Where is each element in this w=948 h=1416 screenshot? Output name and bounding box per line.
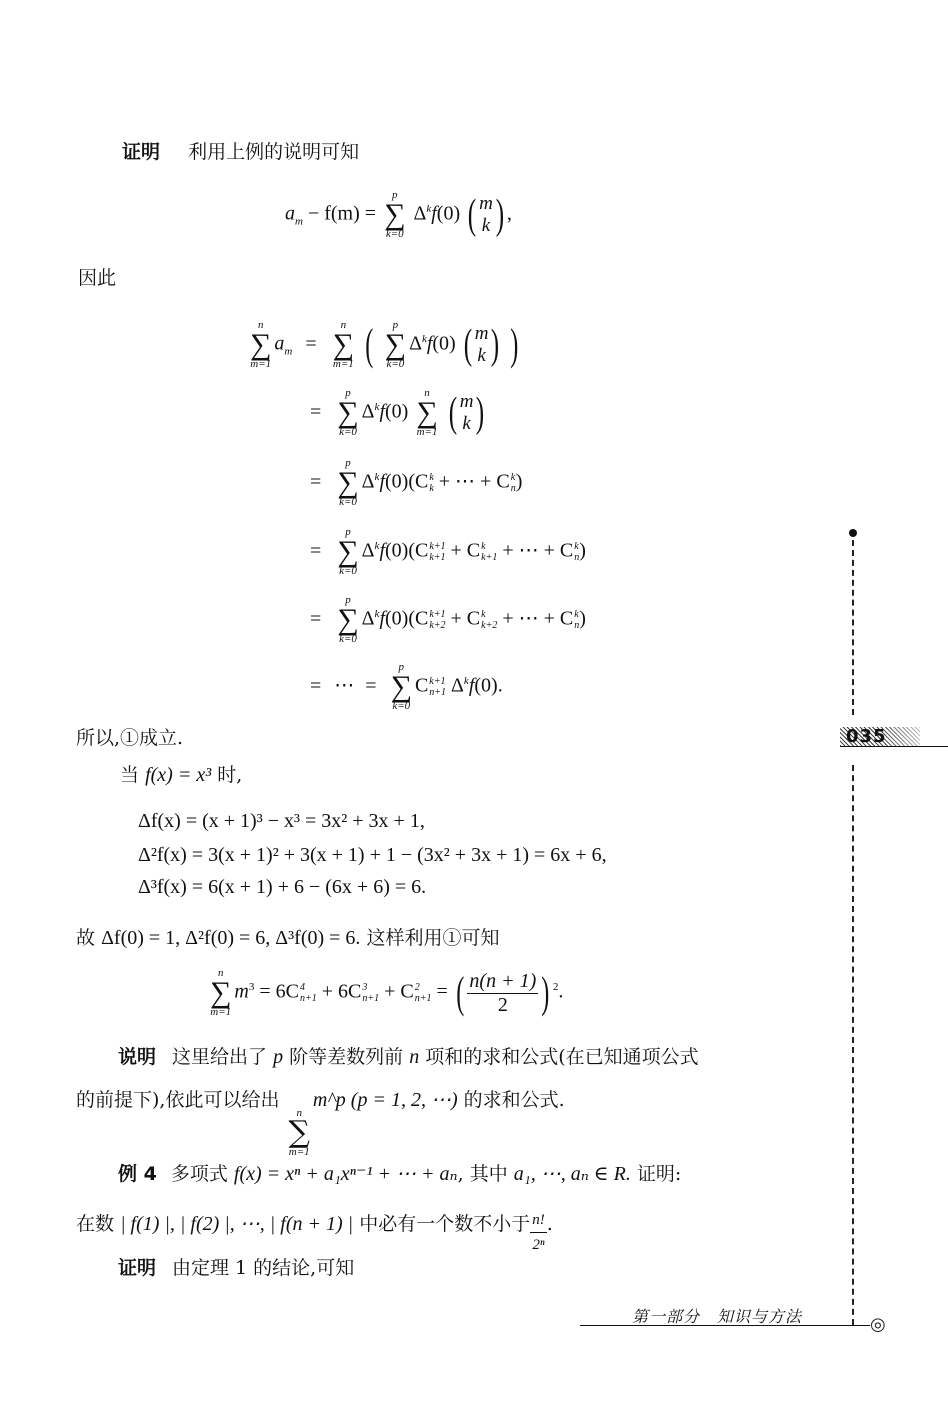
equation-am: am − f(m) = p∑k=0 Δkf(0) (mk), xyxy=(285,190,512,240)
cube-diff-3: Δ³f(x) = 6(x + 1) + 6 − (6x + 6) = 6. xyxy=(138,876,426,899)
derivation-line-1: n∑m=1am = n∑m=1 ( p∑k=0Δkf(0) (mk) ) xyxy=(247,320,522,370)
footer-ornament-icon: ◎ xyxy=(870,1314,886,1335)
example4-line-1: 例 4多项式 f(x) = xⁿ + a₁xⁿ⁻¹ + ⋯ + aₙ, 其中 a… xyxy=(118,1162,681,1186)
margin-dashed-rule-bottom xyxy=(852,765,854,1325)
derivation-line-2: = p∑k=0Δkf(0) n∑m=1 (mk) xyxy=(310,388,487,438)
binomial-coefficient: (mk) xyxy=(465,193,507,237)
cube-case-intro: 当 f(x) = x³ 时, xyxy=(120,763,242,787)
cube-diff-1: Δf(x) = (x + 1)³ − x³ = 3x² + 3x + 1, xyxy=(138,810,425,833)
proof2-line: 证明由定理 1 的结论,可知 xyxy=(118,1256,354,1280)
margin-dot-icon xyxy=(849,529,857,537)
derivation-line-5: = p∑k=0Δkf(0)(Ck+1k+2 + Ckk+2 + ⋯ + Ckn) xyxy=(310,595,586,645)
cube-diff-2: Δ²f(x) = 3(x + 1)² + 3(x + 1) + 1 − (3x²… xyxy=(138,844,607,867)
proof-heading-line: 证明 利用上例的说明可知 xyxy=(122,140,359,164)
cube-values-line: 故 Δf(0) = 1, Δ²f(0) = 6, Δ³f(0) = 6. 这样利… xyxy=(76,926,499,950)
proof-label: 证明 xyxy=(122,141,160,163)
footer-rule xyxy=(580,1325,870,1326)
proof-intro: 利用上例的说明可知 xyxy=(188,141,359,163)
footer-section-title: 第一部分 知识与方法 xyxy=(632,1304,802,1327)
conclusion-text: 所以,①成立. xyxy=(76,726,183,750)
page-number-tab: 035 xyxy=(840,727,948,747)
page-number: 035 xyxy=(846,726,887,747)
derivation-line-3: = p∑k=0Δkf(0)(Ckk + ⋯ + Ckn) xyxy=(310,458,522,508)
remark-line-2: 的前提下),依此可以给出 n∑m=1m^p (p = 1, 2, ⋯) 的求和公… xyxy=(76,1088,565,1158)
example4-line-2: 在数 | f(1) |, | f(2) |, ⋯, | f(n + 1) | 中… xyxy=(76,1208,553,1257)
margin-dashed-rule-top xyxy=(852,540,854,715)
summation-symbol: p∑k=0 xyxy=(384,190,405,240)
derivation-line-6: = ⋯ = p∑k=0Ck+1n+1 Δkf(0). xyxy=(310,662,503,712)
remark-line-1: 说明这里给出了 p 阶等差数列前 n 项和的求和公式(在已知通项公式 xyxy=(118,1045,699,1069)
derivation-line-4: = p∑k=0Δkf(0)(Ck+1k+1 + Ckk+1 + ⋯ + Ckn) xyxy=(310,527,586,577)
sum-of-cubes-formula: n∑m=1m3 = 6C4n+1 + 6C3n+1 + C2n+1 = (n(n… xyxy=(207,968,563,1018)
therefore-label: 因此 xyxy=(78,266,116,290)
